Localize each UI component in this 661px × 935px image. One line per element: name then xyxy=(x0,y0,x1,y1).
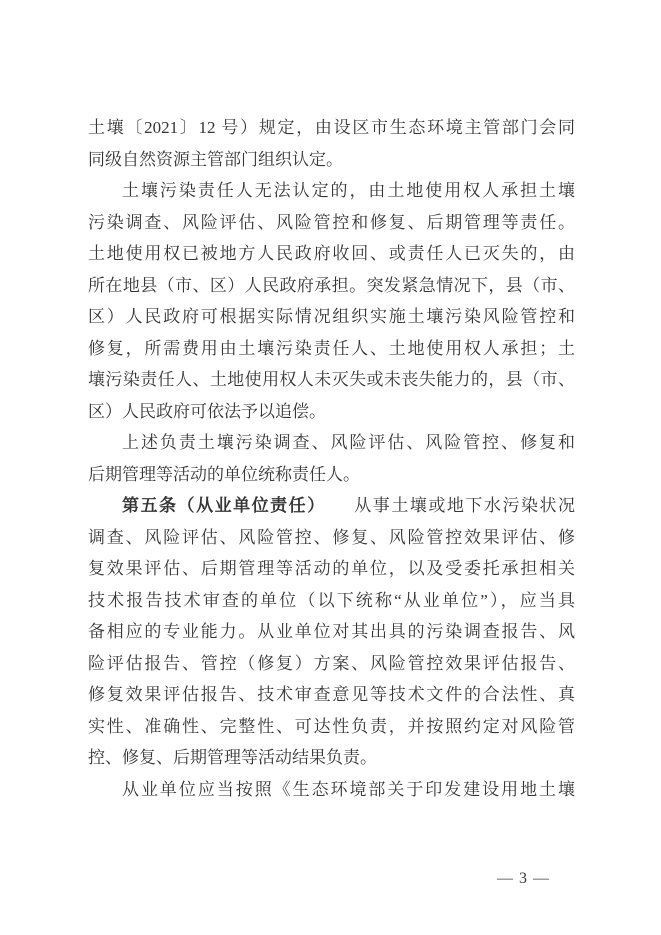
text-segment: 从事土壤或地下水污染状况 xyxy=(317,496,575,515)
text-line: 土壤污染责任人无法认定的，由土地使用权人承担土壤 xyxy=(88,175,575,207)
text-segment: 实性、准确性、完整性、可达性负责，并按照约定对风险管 xyxy=(88,717,575,736)
text-segment: 上述负责土壤污染调查、风险评估、风险管控、修复和 xyxy=(122,433,575,452)
text-segment: 污染调查、风险评估、风险管控和修复、后期管理等责任。 xyxy=(88,213,575,232)
text-segment: 土壤污染责任人无法认定的，由土地使用权人承担土壤 xyxy=(122,181,575,200)
text-segment: 技术报告技术审查的单位（以下统称“从业单位”），应当具 xyxy=(88,591,575,610)
text-line: 险评估报告、管控（修复）方案、风险管控效果评估报告、 xyxy=(88,648,575,680)
text-line: 技术报告技术审查的单位（以下统称“从业单位”），应当具 xyxy=(88,585,575,617)
text-segment: 同级自然资源主管部门组织认定。 xyxy=(88,150,343,169)
text-segment: 控、修复、后期管理等活动结果负责。 xyxy=(88,748,377,767)
article-heading: 第五条（从业单位责任） xyxy=(122,496,317,515)
text-line: 备相应的专业能力。从业单位对其出具的污染调查报告、风 xyxy=(88,616,575,648)
text-segment: 修复，所需费用由土壤污染责任人、土地使用权人承担；土 xyxy=(88,339,575,358)
text-line: 控、修复、后期管理等活动结果负责。 xyxy=(88,742,575,774)
text-line: 从业单位应当按照《生态环境部关于印发建设用地土壤 xyxy=(88,774,575,806)
text-line: 污染调查、风险评估、风险管控和修复、后期管理等责任。 xyxy=(88,207,575,239)
text-line: 调查、风险评估、风险管控、修复、风险管控效果评估、修 xyxy=(88,522,575,554)
text-segment: 所在地县（市、区）人民政府承担。突发紧急情况下，县（市、 xyxy=(88,276,575,295)
text-line: 区）人民政府可根据实际情况组织实施土壤污染风险管控和 xyxy=(88,301,575,333)
body-text: 土壤〔2021〕12 号）规定，由设区市生态环境主管部门会同同级自然资源主管部门… xyxy=(88,112,575,805)
text-segment: 险评估报告、管控（修复）方案、风险管控效果评估报告、 xyxy=(88,654,575,673)
text-line: 实性、准确性、完整性、可达性负责，并按照约定对风险管 xyxy=(88,711,575,743)
text-segment: 后期管理等活动的单位统称责任人。 xyxy=(88,465,360,484)
text-segment: 调查、风险评估、风险管控、修复、风险管控效果评估、修 xyxy=(88,528,575,547)
text-segment: 区）人民政府可依法予以追偿。 xyxy=(88,402,326,421)
text-segment: 区）人民政府可根据实际情况组织实施土壤污染风险管控和 xyxy=(88,307,575,326)
text-segment: 壤污染责任人、土地使用权人未灭失或未丧失能力的，县（市、 xyxy=(88,370,575,389)
text-line: 壤污染责任人、土地使用权人未灭失或未丧失能力的，县（市、 xyxy=(88,364,575,396)
text-segment: 从业单位应当按照《生态环境部关于印发建设用地土壤 xyxy=(122,780,575,799)
text-segment: 修复效果评估报告、技术审查意见等技术文件的合法性、真 xyxy=(88,685,575,704)
text-line: 上述负责土壤污染调查、风险评估、风险管控、修复和 xyxy=(88,427,575,459)
text-segment: 土地使用权已被地方人民政府收回、或责任人已灭失的，由 xyxy=(88,244,575,263)
text-line: 第五条（从业单位责任） 从事土壤或地下水污染状况 xyxy=(88,490,575,522)
text-segment: 备相应的专业能力。从业单位对其出具的污染调查报告、风 xyxy=(88,622,575,641)
text-line: 修复效果评估报告、技术审查意见等技术文件的合法性、真 xyxy=(88,679,575,711)
page-number: — 3 — xyxy=(497,869,550,889)
text-line: 所在地县（市、区）人民政府承担。突发紧急情况下，县（市、 xyxy=(88,270,575,302)
text-line: 同级自然资源主管部门组织认定。 xyxy=(88,144,575,176)
text-line: 土壤〔2021〕12 号）规定，由设区市生态环境主管部门会同 xyxy=(88,112,575,144)
text-line: 土地使用权已被地方人民政府收回、或责任人已灭失的，由 xyxy=(88,238,575,270)
text-line: 修复，所需费用由土壤污染责任人、土地使用权人承担；土 xyxy=(88,333,575,365)
text-line: 复效果评估、后期管理等活动的单位，以及受委托承担相关 xyxy=(88,553,575,585)
text-line: 区）人民政府可依法予以追偿。 xyxy=(88,396,575,428)
text-line: 后期管理等活动的单位统称责任人。 xyxy=(88,459,575,491)
text-segment: 复效果评估、后期管理等活动的单位，以及受委托承担相关 xyxy=(88,559,575,578)
text-segment: 土壤〔2021〕12 号）规定，由设区市生态环境主管部门会同 xyxy=(88,118,575,137)
document-page: 土壤〔2021〕12 号）规定，由设区市生态环境主管部门会同同级自然资源主管部门… xyxy=(0,0,661,935)
